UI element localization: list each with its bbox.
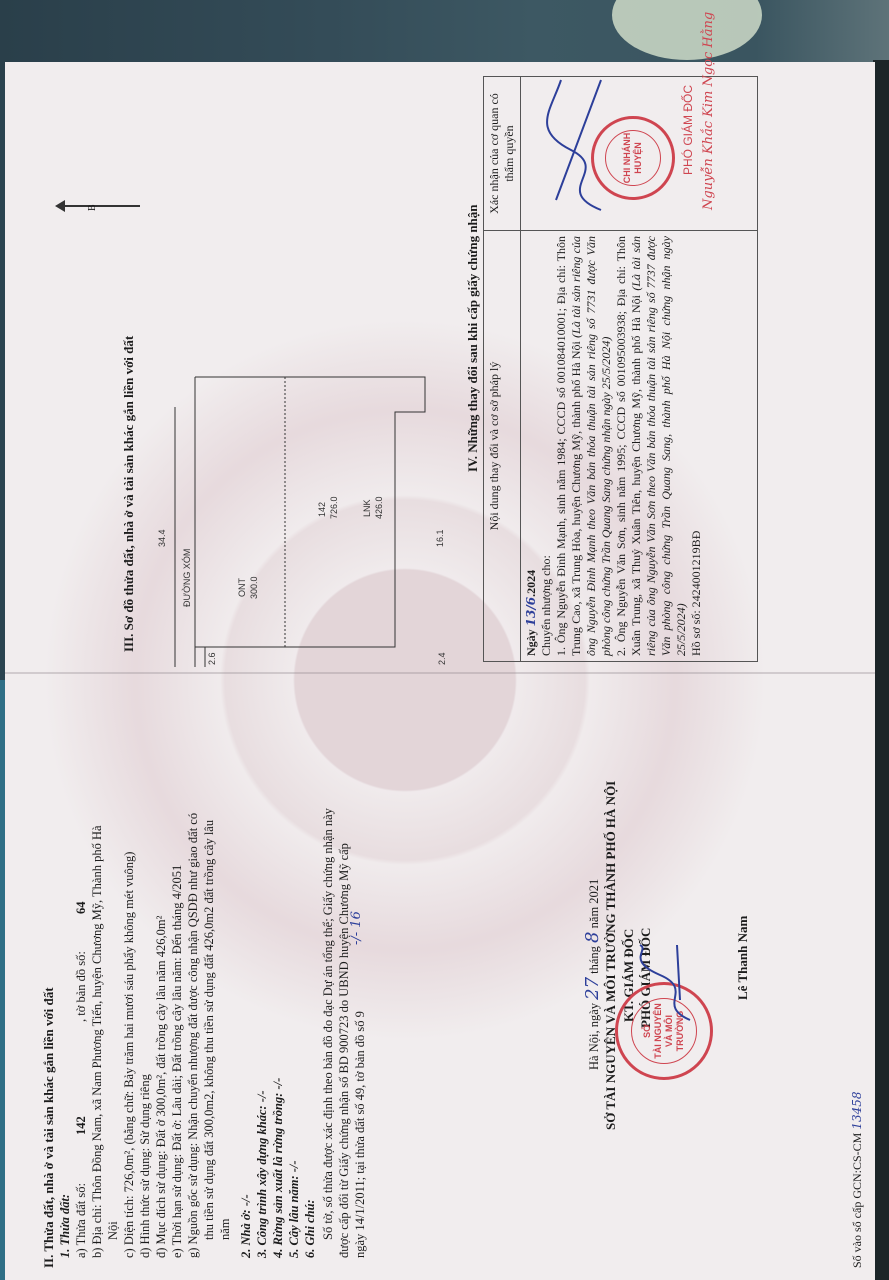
entry-buyer-1: 1. Ông Nguyễn Đình Mạnh, sinh năm 1984; … <box>554 236 614 656</box>
svg-text:426.0: 426.0 <box>374 496 384 519</box>
svg-text:142: 142 <box>317 502 327 517</box>
register-label: Số vào sổ cấp GCN:CS-CM <box>850 1133 864 1268</box>
confirmation-cell: CHI NHÁNH HUYỆN PHÓ GIÁM ĐỐC Nguyễn Khắc… <box>521 77 758 231</box>
section-ii-title: II. Thửa đất, nhà ở và tài sản khác gắn … <box>41 987 56 1268</box>
map-sheet-number: 64 <box>74 902 89 915</box>
entry-date-prefix: Ngày <box>524 629 538 656</box>
origin-line-2: thu tiền sử dụng đất 300,0m2, không thu … <box>202 820 217 1240</box>
svg-text:ĐƯỜNG XÓM: ĐƯỜNG XÓM <box>182 549 192 607</box>
svg-text:300.0: 300.0 <box>249 576 259 599</box>
col-header-content: Nội dung thay đổi và cơ sở pháp lý <box>484 231 521 662</box>
background-edge-right <box>873 60 889 1280</box>
col-header-confirmation: Xác nhận của cơ quan có thẩm quyền <box>484 77 521 231</box>
other-construction: 3. Công trình xây dựng khác: -/- <box>255 1090 270 1258</box>
entry-buyer-2: 2. Ông Nguyễn Văn Sơn, sinh năm 1995; CC… <box>614 236 689 656</box>
svg-text:726.0: 726.0 <box>329 496 339 519</box>
map-sheet-label: , tờ bản đồ số: <box>74 951 89 1022</box>
parcel-number: 142 <box>74 1116 89 1135</box>
date-year: năm 2021 <box>587 879 601 929</box>
address: b) Địa chỉ: Thôn Đồng Nam, xã Nam Phương… <box>90 825 105 1258</box>
date-month-label: tháng <box>587 946 601 974</box>
north-label: B <box>85 204 100 211</box>
svg-text:ONT: ONT <box>237 578 247 598</box>
parcel-diagram: ĐƯỜNG XÓM 34.4 ONT 300.0 142 726.0 LNK 4… <box>145 367 455 667</box>
svg-text:34.4: 34.4 <box>157 529 167 547</box>
branch-seal-text: HUYỆN <box>633 142 644 174</box>
land-use-certificate: II. Thửa đất, nhà ở và tài sản khác gắn … <box>5 62 875 1280</box>
subsection-parcel-title: 1. Thửa đất: <box>58 1194 73 1258</box>
file-number: Hồ sơ số: 242400121​9BĐ <box>689 236 704 656</box>
address-cont: Nội <box>106 1221 121 1240</box>
confirmation-title: PHÓ GIÁM ĐỐC <box>681 85 696 175</box>
svg-text:LNK: LNK <box>362 499 372 517</box>
register-handwriting: 13458 <box>850 1091 864 1129</box>
north-arrow-icon <box>60 205 140 207</box>
north-arrow-head-icon <box>55 200 65 212</box>
issue-date: Hà Nội, ngày 27 tháng 8 năm 2021 <box>585 879 602 1070</box>
register-number: Số vào sổ cấp GCN:CS-CM 13458 <box>850 1091 865 1268</box>
signature <box>635 940 705 1030</box>
notes-line-2: được cấp đổi từ Giấy chứng nhận số BD 90… <box>337 843 352 1258</box>
usage-form: d) Hình thức sử dụng: Sử dụng riêng <box>138 1074 153 1258</box>
date-month: 8 <box>582 931 603 942</box>
branch-seal-text: CHI NHÁNH <box>622 133 633 184</box>
entry-heading: Chuyển nhượng cho: <box>539 236 554 656</box>
page-sections-iii-iv: III. Sơ đồ thửa đất, nhà ở và tài sản kh… <box>5 62 875 672</box>
changes-table: Nội dung thay đổi và cơ sở pháp lý Xác n… <box>483 76 758 662</box>
page-section-ii: II. Thửa đất, nhà ở và tài sản khác gắn … <box>5 674 875 1280</box>
house: 2. Nhà ở: -/- <box>239 1194 254 1258</box>
notes-handwriting: -/- 16 <box>349 911 364 945</box>
entry-date: Ngày 13/6.2024 <box>524 236 539 656</box>
notes-line-3: ngày 14/1/2011; tại thửa đất số 49, tờ b… <box>353 1011 368 1258</box>
svg-text:16.1: 16.1 <box>435 529 445 547</box>
origin-line-1: g) Nguồn gốc sử dụng: Nhận chuyển nhượng… <box>186 813 201 1258</box>
issuing-authority: SỞ TÀI NGUYÊN VÀ MÔI TRƯỜNG THÀNH PHỐ HÀ… <box>603 781 618 1130</box>
perennial-trees: 5. Cây lâu năm: -/- <box>287 1160 302 1258</box>
parcel-label: a) Thửa đất số: <box>74 1183 89 1258</box>
svg-text:2.4: 2.4 <box>437 652 447 665</box>
section-iii-title: III. Sơ đồ thửa đất, nhà ở và tài sản kh… <box>121 336 136 652</box>
entry-date-hand: 13/6 <box>524 597 538 626</box>
usage-purpose: đ) Mục đích sử dụng: Đất ở 300,0m², đất … <box>154 916 169 1258</box>
confirmation-signature <box>541 70 621 220</box>
usage-term: e) Thời hạn sử dụng: Đất ở: Lâu dài; Đất… <box>170 865 185 1258</box>
buyer-2-text: 2. Ông Nguyễn Văn Sơn, sinh năm 1995; CC… <box>614 236 643 656</box>
notes-line-1: Số tờ, số thửa được xác định theo bản đồ… <box>321 808 336 1240</box>
change-entry: Ngày 13/6.2024 Chuyển nhượng cho: 1. Ông… <box>521 231 758 662</box>
origin-line-3: năm <box>218 1218 233 1240</box>
area: c) Diện tích: 726,0m², (bằng chữ: Bảy tr… <box>122 852 137 1258</box>
entry-date-suffix: .2024 <box>524 570 538 597</box>
date-prefix: Hà Nội, ngày <box>587 1003 601 1070</box>
date-day: 27 <box>582 977 603 1000</box>
production-forest: 4. Rừng sản xuất là rừng trồng: -/- <box>271 1078 286 1258</box>
section-iv-title: IV. Những thay đổi sau khi cấp giấy chứn… <box>465 204 480 472</box>
svg-text:2.6: 2.6 <box>207 652 217 665</box>
notes-title: 6. Ghi chú: <box>303 1199 318 1258</box>
confirmation-signer: Nguyễn Khắc Kim Ngọc Hằng <box>701 12 716 210</box>
signer-name: Lê Thanh Nam <box>735 916 750 1000</box>
